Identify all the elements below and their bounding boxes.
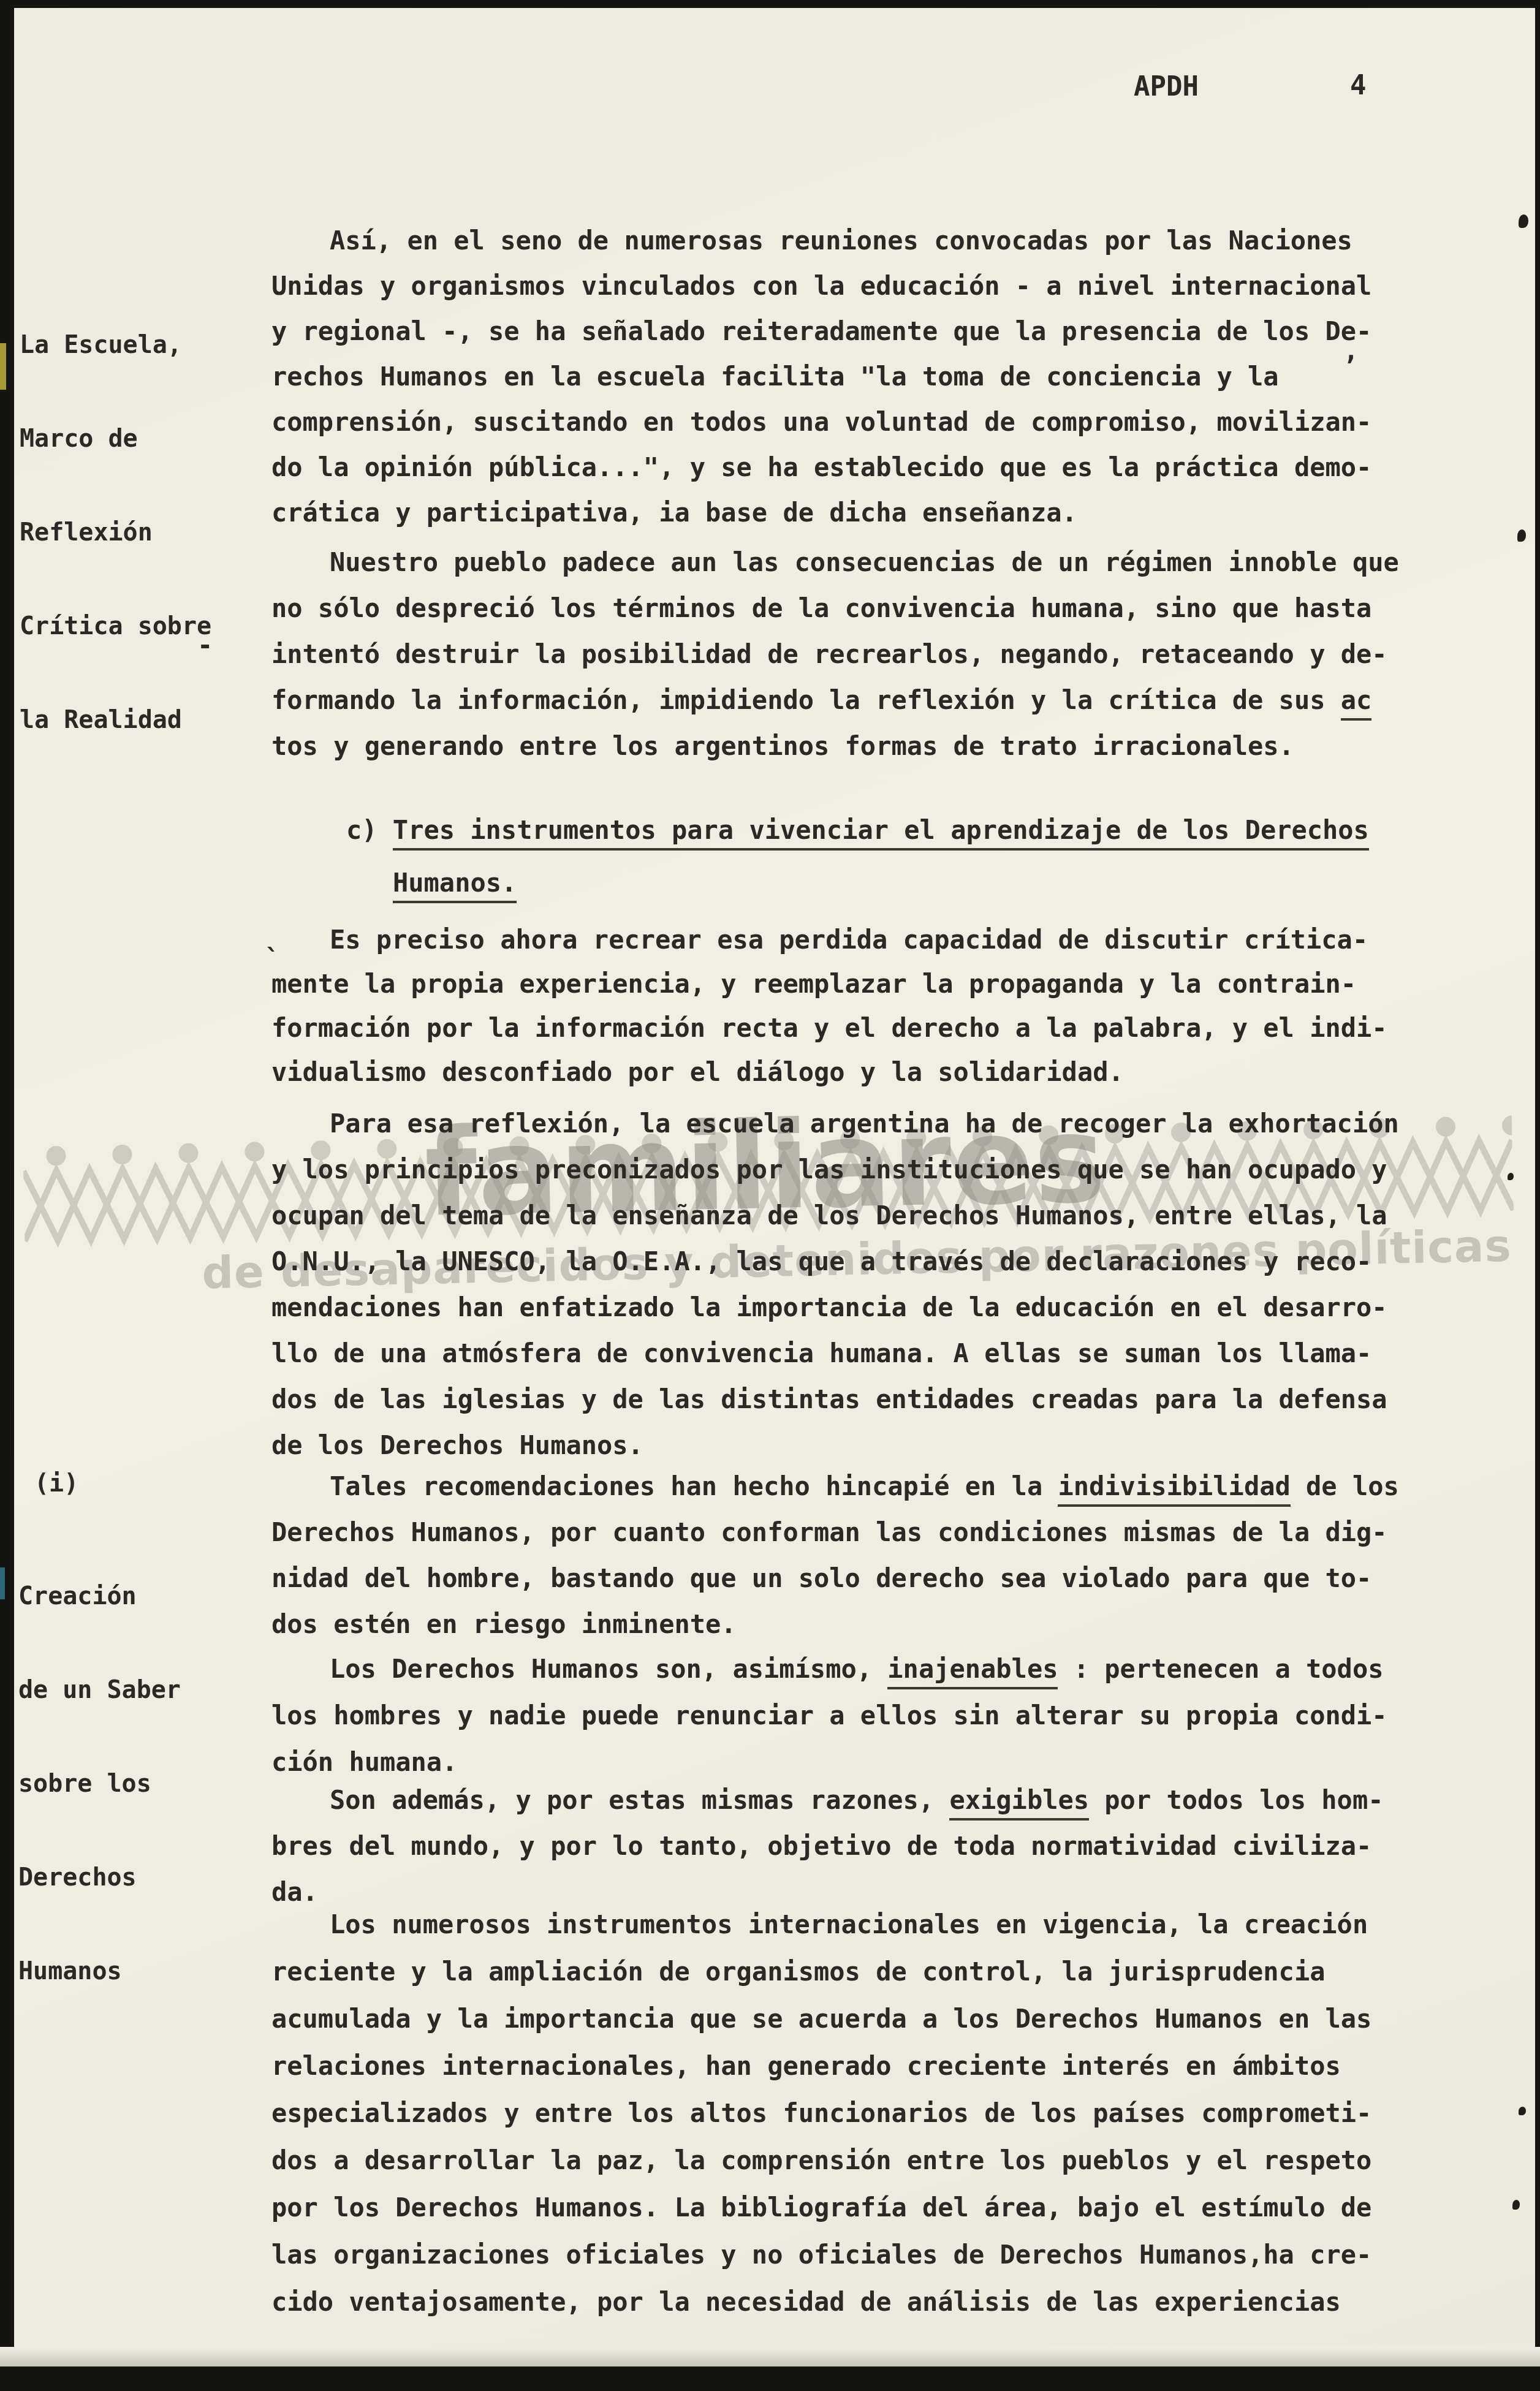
text-line: formando la información, impidiendo la r… bbox=[271, 677, 1399, 723]
scan-speck bbox=[1519, 214, 1528, 228]
stray-mark: ` bbox=[265, 944, 280, 974]
text-line: llo de una atmósfera de convivencia huma… bbox=[271, 1330, 1399, 1376]
margin-note-line: Creación bbox=[18, 1581, 181, 1612]
margin-note-creacion-saber: Creación de un Saber sobre los Derechos … bbox=[18, 1518, 181, 2050]
underlined-text: inajenables bbox=[887, 1654, 1058, 1689]
section-heading-tres-instrumentos: c) Tres instrumentos para vivenciar el a… bbox=[271, 804, 1369, 909]
scan-speck bbox=[1508, 1173, 1514, 1180]
underlined-text: exigibles bbox=[949, 1785, 1089, 1821]
text-line: bres del mundo, y por lo tanto, objetivo… bbox=[271, 1823, 1383, 1869]
text-line: mendaciones han enfatizado la importanci… bbox=[271, 1284, 1399, 1330]
margin-note-line: Marco de bbox=[20, 423, 211, 455]
margin-note-line: Derechos bbox=[18, 1862, 181, 1893]
text-line: Los Derechos Humanos son, asimísmo, inaj… bbox=[271, 1646, 1387, 1692]
text-line: O.N.U., la UNESCO, la O.E.A., las que a … bbox=[271, 1238, 1399, 1284]
underlined-text: Tres instrumentos para vivenciar el apre… bbox=[393, 815, 1369, 851]
text-line: Unidas y organismos vinculados con la ed… bbox=[271, 263, 1371, 309]
scan-speck bbox=[1519, 2107, 1526, 2115]
scanned-document-page: APDH 4 La Escuela, Marco de Reflexión Cr… bbox=[0, 0, 1540, 2391]
text-line: dos de las iglesias y de las distintas e… bbox=[271, 1376, 1399, 1422]
text-line: formación por la información recta y el … bbox=[271, 1006, 1387, 1050]
text-line: relaciones internacionales, han generado… bbox=[271, 2042, 1371, 2090]
text-line: especializados y entre los altos funcion… bbox=[271, 2090, 1371, 2137]
text-line: mente la propia experiencia, y reemplaza… bbox=[271, 962, 1387, 1006]
paragraph-indivisibilidad: Tales recomendaciones han hecho hincapié… bbox=[271, 1463, 1399, 1647]
margin-note-line: Humanos bbox=[18, 1956, 181, 1987]
stray-mark: - bbox=[197, 630, 213, 660]
underlined-text: Humanos. bbox=[393, 868, 517, 903]
text-line: dos a desarrollar la paz, la comprensión… bbox=[271, 2137, 1371, 2184]
text-line: acumulada y la importancia que se acuerd… bbox=[271, 1995, 1371, 2042]
scan-edge-bottom bbox=[0, 2366, 1540, 2391]
text-line: vidualismo desconfiado por el diálogo y … bbox=[271, 1050, 1387, 1094]
header-page-number: 4 bbox=[1350, 70, 1367, 101]
margin-note-line: Reflexión bbox=[20, 517, 211, 548]
text-line: Para esa reflexión, la escuela argentina… bbox=[271, 1101, 1399, 1146]
scan-streak-yellow bbox=[0, 343, 6, 390]
margin-note-index: (i) bbox=[34, 1469, 78, 1498]
margin-note-escuela: La Escuela, Marco de Reflexión Crítica s… bbox=[20, 267, 211, 798]
text-line: cido ventajosamente, por la necesidad de… bbox=[271, 2278, 1371, 2325]
text-line: reciente y la ampliación de organismos d… bbox=[271, 1948, 1371, 1995]
text-line: rechos Humanos en la escuela facilita "l… bbox=[271, 354, 1371, 400]
underlined-text: ac bbox=[1341, 685, 1372, 721]
text-line: crática y participativa, ia base de dich… bbox=[271, 490, 1371, 536]
text-segment: Tales recomendaciones han hecho hincapié… bbox=[330, 1471, 1058, 1501]
paragraph-instrumentos-internacionales: Los numerosos instrumentos internacional… bbox=[271, 1901, 1371, 2325]
heading-line: Humanos. bbox=[271, 857, 1369, 909]
text-line: los hombres y nadie puede renunciar a el… bbox=[271, 1692, 1387, 1739]
text-line: Los numerosos instrumentos internacional… bbox=[271, 1901, 1371, 1948]
text-line: las organizaciones oficiales y no oficia… bbox=[271, 2231, 1371, 2278]
text-line: intentó destruir la posibilidad de recre… bbox=[271, 631, 1399, 677]
margin-note-line: sobre los bbox=[18, 1768, 181, 1800]
text-line: de los Derechos Humanos. bbox=[271, 1422, 1399, 1468]
text-segment: : pertenecen a todos bbox=[1058, 1654, 1383, 1684]
text-line: Nuestro pueblo padece aun las consecuenc… bbox=[271, 539, 1399, 585]
scan-streak-cyan bbox=[0, 1567, 5, 1599]
margin-note-line: la Realidad bbox=[20, 705, 211, 736]
text-line: no sólo despreció los términos de la con… bbox=[271, 585, 1399, 631]
text-line: Tales recomendaciones han hecho hincapié… bbox=[271, 1463, 1399, 1509]
paragraph-inajenables: Los Derechos Humanos son, asimísmo, inaj… bbox=[271, 1646, 1387, 1786]
text-segment: de los bbox=[1291, 1471, 1399, 1501]
paragraph-regimen: Nuestro pueblo padece aun las consecuenc… bbox=[271, 539, 1399, 769]
text-line: Son además, y por estas mismas razones, … bbox=[271, 1777, 1383, 1823]
text-line: y los principios preconizados por las in… bbox=[271, 1146, 1399, 1192]
scan-edge-right bbox=[1535, 0, 1540, 2391]
paragraph-es-preciso: Es preciso ahora recrear esa perdida cap… bbox=[271, 918, 1387, 1094]
text-line: comprensión, suscitando en todos una vol… bbox=[271, 400, 1371, 445]
heading-line: c) Tres instrumentos para vivenciar el a… bbox=[271, 804, 1369, 857]
paragraph-reuniones: Así, en el seno de numerosas reuniones c… bbox=[271, 218, 1371, 536]
stray-mark: , bbox=[1343, 336, 1359, 366]
text-line: tos y generando entre los argentinos for… bbox=[271, 723, 1399, 769]
text-segment: formando la información, impidiendo la r… bbox=[271, 685, 1341, 715]
text-segment: por todos los hom- bbox=[1089, 1785, 1383, 1815]
heading-prefix: c) bbox=[346, 815, 393, 845]
text-line: nidad del hombre, bastando que un solo d… bbox=[271, 1555, 1399, 1601]
scan-speck bbox=[1517, 529, 1526, 542]
text-line: Derechos Humanos, por cuanto conforman l… bbox=[271, 1509, 1399, 1555]
margin-note-line: La Escuela, bbox=[20, 330, 211, 361]
text-segment: Son además, y por estas mismas razones, bbox=[330, 1785, 949, 1815]
text-line: y regional -, se ha señalado reiteradame… bbox=[271, 309, 1371, 354]
margin-note-line: Crítica sobre bbox=[20, 611, 211, 642]
text-line: do la opinión pública...", y se ha estab… bbox=[271, 445, 1371, 490]
text-line: ocupan del tema de la enseñanza de los D… bbox=[271, 1192, 1399, 1238]
scan-shadow-bottom bbox=[0, 2347, 1540, 2368]
header-org: APDH bbox=[1134, 71, 1199, 102]
text-segment: Los Derechos Humanos son, asimísmo, bbox=[330, 1654, 887, 1684]
text-line: Así, en el seno de numerosas reuniones c… bbox=[271, 218, 1371, 263]
scan-speck bbox=[1512, 2200, 1520, 2210]
text-line: dos estén en riesgo inminente. bbox=[271, 1601, 1399, 1647]
text-line: por los Derechos Humanos. La bibliografí… bbox=[271, 2184, 1371, 2231]
paragraph-exigibles: Son además, y por estas mismas razones, … bbox=[271, 1777, 1383, 1915]
scan-edge-top bbox=[0, 0, 1540, 8]
underlined-text: indivisibilidad bbox=[1058, 1471, 1290, 1507]
paragraph-para-esa-reflexion: Para esa reflexión, la escuela argentina… bbox=[271, 1101, 1399, 1468]
margin-note-line: de un Saber bbox=[18, 1675, 181, 1706]
text-line: Es preciso ahora recrear esa perdida cap… bbox=[271, 918, 1387, 962]
